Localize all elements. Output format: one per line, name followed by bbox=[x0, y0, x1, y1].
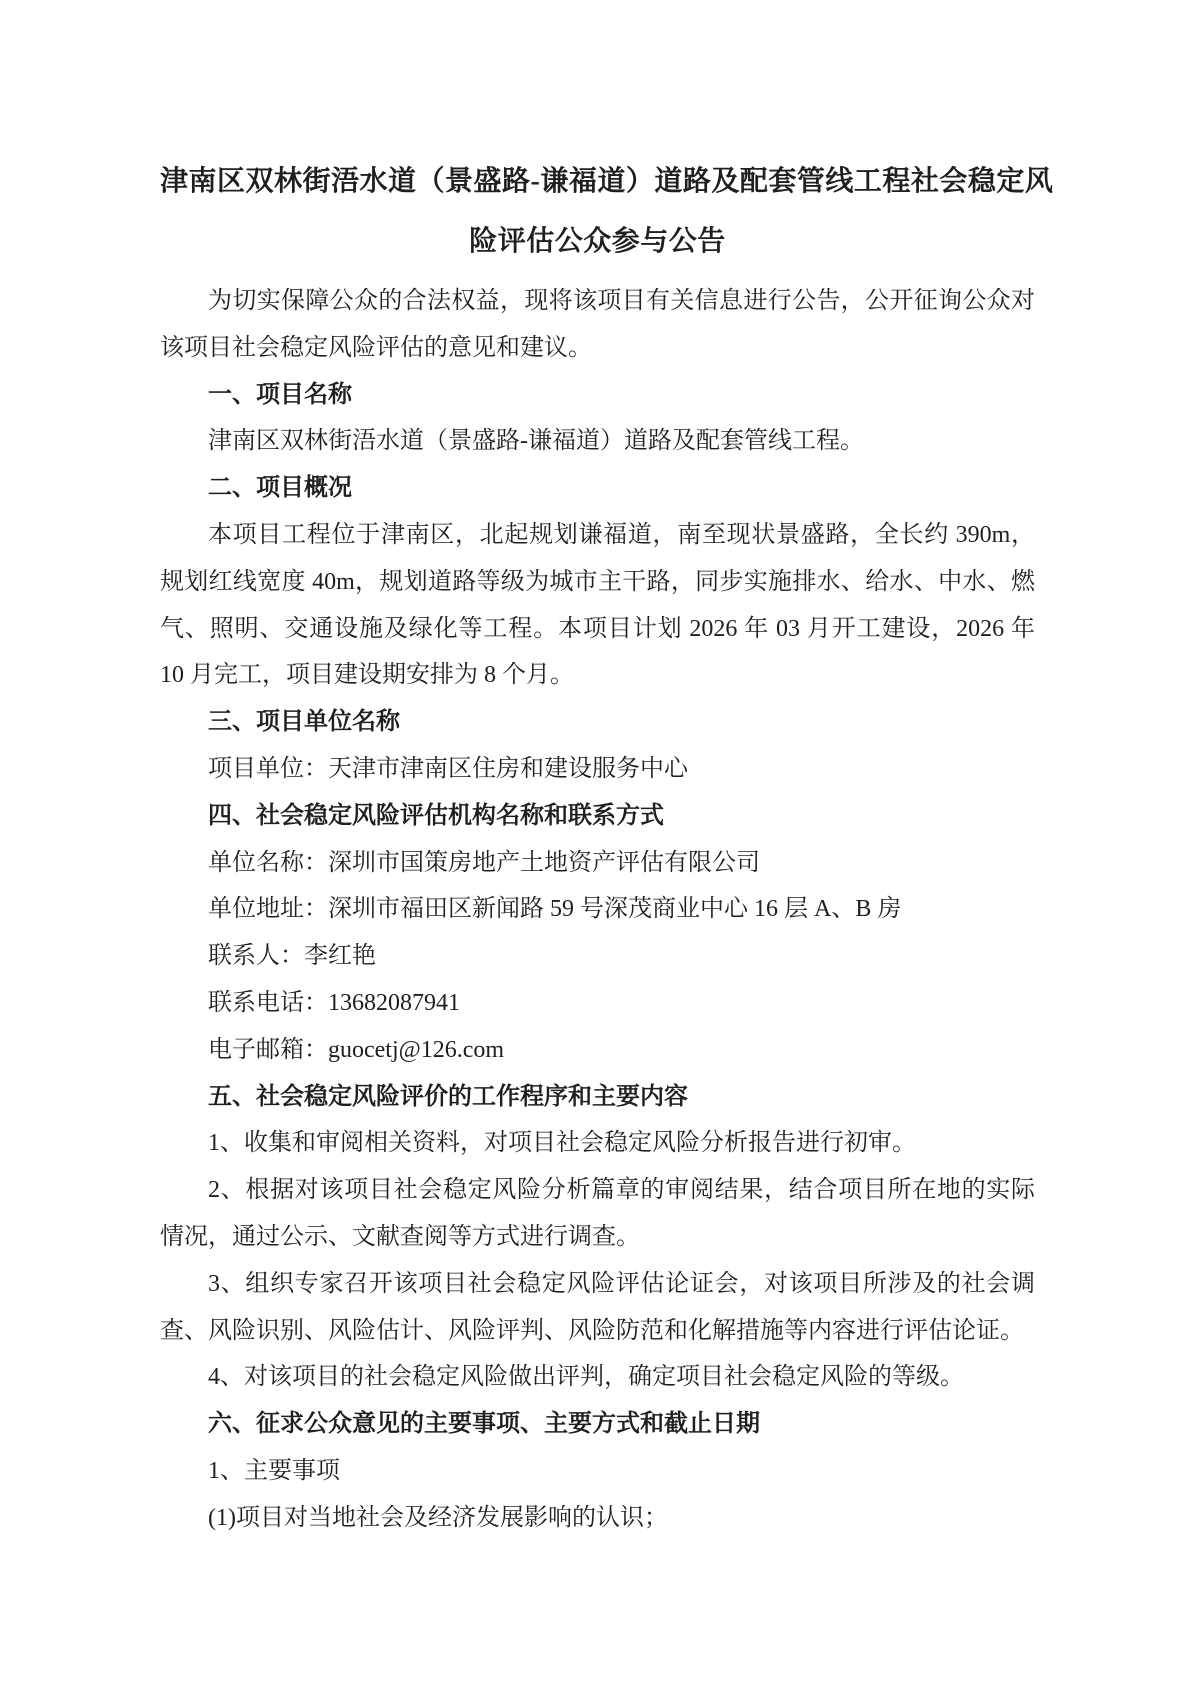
section-6-item-2: (1)项目对当地社会及经济发展影响的认识； bbox=[160, 1495, 1035, 1542]
section-1-heading: 一、项目名称 bbox=[160, 372, 1035, 419]
section-4-unit-address: 单位地址：深圳市福田区新闻路 59 号深茂商业中心 16 层 A、B 房 bbox=[160, 886, 1035, 933]
section-5-item-1: 1、收集和审阅相关资料，对项目社会稳定风险分析报告进行初审。 bbox=[160, 1120, 1035, 1167]
section-4-heading: 四、社会稳定风险评估机构名称和联系方式 bbox=[160, 793, 1035, 840]
document-title: 津南区双林街浯水道（景盛路-谦福道）道路及配套管线工程社会稳定风 险评估公众参与… bbox=[160, 152, 1035, 272]
document-title-line-1: 津南区双林街浯水道（景盛路-谦福道）道路及配套管线工程社会稳定风 bbox=[160, 152, 1035, 212]
section-2-paragraph-1: 本项目工程位于津南区，北起规划谦福道，南至现状景盛路，全长约 390m，规划红线… bbox=[160, 512, 1035, 699]
section-4-contact-phone: 联系电话：13682087941 bbox=[160, 980, 1035, 1027]
notice-content: 津南区双林街浯水道（景盛路-谦福道）道路及配套管线工程社会稳定风 险评估公众参与… bbox=[160, 152, 1035, 1542]
intro-paragraph: 为切实保障公众的合法权益，现将该项目有关信息进行公告，公开征询公众对该项目社会稳… bbox=[160, 278, 1035, 372]
section-5-item-2: 2、根据对该项目社会稳定风险分析篇章的审阅结果，结合项目所在地的实际情况，通过公… bbox=[160, 1167, 1035, 1261]
section-4-contact-person: 联系人：李红艳 bbox=[160, 933, 1035, 980]
section-1-paragraph-1: 津南区双林街浯水道（景盛路-谦福道）道路及配套管线工程。 bbox=[160, 418, 1035, 465]
section-3-heading: 三、项目单位名称 bbox=[160, 699, 1035, 746]
section-4-contact-email: 电子邮箱：guocetj@126.com bbox=[160, 1027, 1035, 1074]
section-6-heading: 六、征求公众意见的主要事项、主要方式和截止日期 bbox=[160, 1401, 1035, 1448]
section-6-item-1: 1、主要事项 bbox=[160, 1448, 1035, 1495]
notice-page: 津南区双林街浯水道（景盛路-谦福道）道路及配套管线工程社会稳定风 险评估公众参与… bbox=[0, 0, 1190, 1682]
section-5-item-4: 4、对该项目的社会稳定风险做出评判，确定项目社会稳定风险的等级。 bbox=[160, 1354, 1035, 1401]
section-2-heading: 二、项目概况 bbox=[160, 465, 1035, 512]
section-5-item-3: 3、组织专家召开该项目社会稳定风险评估论证会，对该项目所涉及的社会调查、风险识别… bbox=[160, 1261, 1035, 1355]
section-3-paragraph-1: 项目单位：天津市津南区住房和建设服务中心 bbox=[160, 746, 1035, 793]
section-5-heading: 五、社会稳定风险评价的工作程序和主要内容 bbox=[160, 1074, 1035, 1121]
section-4-unit-name: 单位名称：深圳市国策房地产土地资产评估有限公司 bbox=[160, 840, 1035, 887]
document-title-line-2: 险评估公众参与公告 bbox=[160, 212, 1035, 272]
